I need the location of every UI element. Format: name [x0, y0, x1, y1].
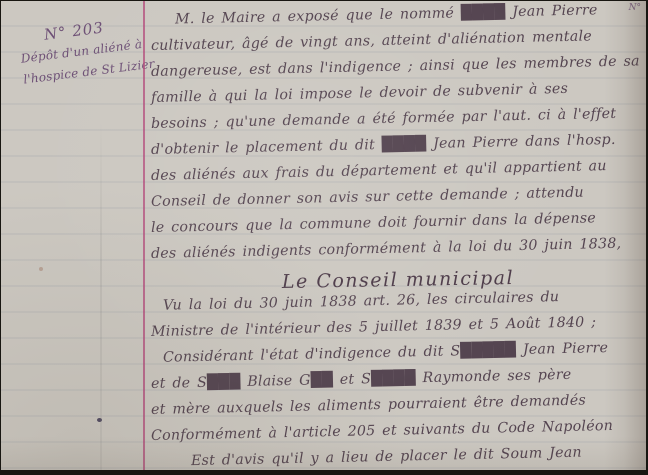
ink-speck	[39, 267, 43, 271]
margin-rule-line	[143, 1, 145, 470]
document-page: N° 203 Dépôt d'un aliéné à l'hospice de …	[1, 1, 646, 470]
ink-speck	[97, 418, 102, 422]
margin-note: N° 203 Dépôt d'un aliéné à l'hospice de …	[17, 11, 154, 90]
manuscript-text-block: M. le Maire a exposé que le nommé ████ J…	[151, 7, 645, 475]
